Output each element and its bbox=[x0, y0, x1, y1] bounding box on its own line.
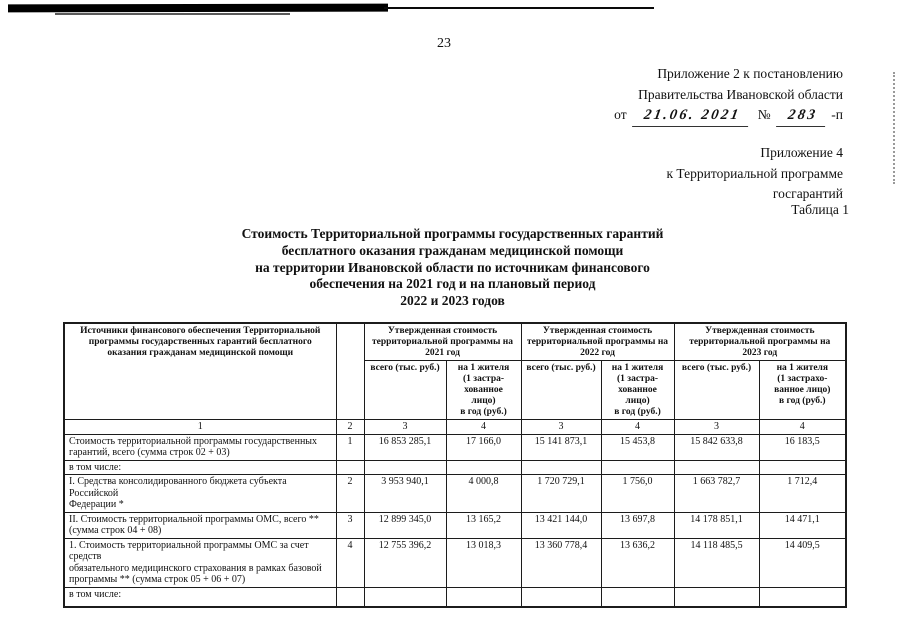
table-row: в том числе: bbox=[64, 587, 846, 607]
decree-date-number-line: от 21.06. 2021 № 283-п bbox=[614, 105, 843, 127]
col-num: 4 bbox=[601, 420, 674, 435]
table-row: 1. Стоимость территориальной программы О… bbox=[64, 538, 846, 587]
handwritten-date: 21.06. 2021 bbox=[632, 105, 752, 127]
appendix4-block: Приложение 4 к Территориальной программе… bbox=[667, 143, 844, 205]
appendix2-line1: Приложение 2 к постановлению bbox=[614, 64, 843, 85]
value-cell: 13 165,2 bbox=[446, 512, 521, 538]
col-num: 1 bbox=[64, 420, 336, 435]
scan-artifact-dotted-edge bbox=[893, 72, 895, 184]
row-label-cell: 1. Стоимость территориальной программы О… bbox=[64, 538, 336, 587]
row-number-cell: 3 bbox=[336, 512, 364, 538]
handwritten-number: 283 bbox=[776, 105, 829, 127]
empty-cell bbox=[674, 460, 759, 475]
value-cell: 14 118 485,5 bbox=[674, 538, 759, 587]
empty-cell bbox=[364, 460, 446, 475]
total-2021-header: всего (тыс. руб.) bbox=[364, 361, 446, 420]
year-2023-group-header: Утвержденная стоимость территориальной п… bbox=[674, 323, 846, 361]
year-2022-group-header: Утвержденная стоимость территориальной п… bbox=[521, 323, 674, 361]
row-label-cell: II. Стоимость территориальной программы … bbox=[64, 512, 336, 538]
value-cell: 15 141 873,1 bbox=[521, 434, 601, 460]
table-row: в том числе: bbox=[64, 460, 846, 475]
value-cell: 14 409,5 bbox=[759, 538, 846, 587]
row-label-cell: I. Средства консолидированного бюджета с… bbox=[64, 475, 336, 513]
per-capita-2021-header: на 1 жителя (1 застра- хованное лицо) в … bbox=[446, 361, 521, 420]
col-num: 4 bbox=[759, 420, 846, 435]
col-num: 2 bbox=[336, 420, 364, 435]
table-header-group-row: Источники финансового обеспечения Террит… bbox=[64, 323, 846, 361]
scan-artifact-top-line bbox=[384, 7, 654, 9]
per-capita-2022-header: на 1 жителя (1 застра- хованное лицо) в … bbox=[601, 361, 674, 420]
row-number-cell: 2 bbox=[336, 475, 364, 513]
value-cell: 13 636,2 bbox=[601, 538, 674, 587]
title-line1: Стоимость Территориальной программы госу… bbox=[0, 226, 905, 243]
empty-cell bbox=[674, 587, 759, 607]
appendix4-line1: Приложение 4 bbox=[667, 143, 844, 164]
title-line2: бесплатного оказания гражданам медицинск… bbox=[0, 243, 905, 260]
year-2021-group-header: Утвержденная стоимость территориальной п… bbox=[364, 323, 521, 361]
empty-cell bbox=[601, 460, 674, 475]
scan-artifact-top-band bbox=[8, 4, 388, 13]
empty-cell bbox=[601, 587, 674, 607]
col-num: 3 bbox=[364, 420, 446, 435]
empty-cell bbox=[759, 587, 846, 607]
value-cell: 13 697,8 bbox=[601, 512, 674, 538]
table-row: II. Стоимость территориальной программы … bbox=[64, 512, 846, 538]
value-cell: 15 453,8 bbox=[601, 434, 674, 460]
title-line5: 2022 и 2023 годов bbox=[0, 293, 905, 310]
row-label-cell: в том числе: bbox=[64, 460, 336, 475]
col-num: 3 bbox=[674, 420, 759, 435]
row-number-column-header bbox=[336, 323, 364, 420]
col-num: 3 bbox=[521, 420, 601, 435]
appendix2-block: Приложение 2 к постановлению Правительст… bbox=[614, 64, 843, 127]
value-cell: 13 360 778,4 bbox=[521, 538, 601, 587]
document-title: Стоимость Территориальной программы госу… bbox=[0, 226, 905, 310]
value-cell: 14 178 851,1 bbox=[674, 512, 759, 538]
empty-cell bbox=[521, 587, 601, 607]
row-label-cell: Стоимость территориальной программы госу… bbox=[64, 434, 336, 460]
scan-artifact-gray-line bbox=[55, 13, 290, 15]
date-prefix: от bbox=[614, 107, 626, 122]
appendix4-line2: к Территориальной программе bbox=[667, 164, 844, 185]
cost-table: Источники финансового обеспечения Террит… bbox=[63, 322, 847, 608]
column-numbering-row: 1 2 3 4 3 4 3 4 bbox=[64, 420, 846, 435]
title-line4: обеспечения на 2021 год и на плановый пе… bbox=[0, 276, 905, 293]
value-cell: 15 842 633,8 bbox=[674, 434, 759, 460]
table-row: I. Средства консолидированного бюджета с… bbox=[64, 475, 846, 513]
empty-cell bbox=[336, 460, 364, 475]
col-num: 4 bbox=[446, 420, 521, 435]
empty-cell bbox=[336, 587, 364, 607]
scanned-document-page: { "page": { "number": "23" }, "header_ri… bbox=[0, 0, 905, 640]
empty-cell bbox=[759, 460, 846, 475]
value-cell: 1 663 782,7 bbox=[674, 475, 759, 513]
empty-cell bbox=[446, 460, 521, 475]
empty-cell bbox=[364, 587, 446, 607]
row-number-cell: 1 bbox=[336, 434, 364, 460]
value-cell: 12 755 396,2 bbox=[364, 538, 446, 587]
value-cell: 3 953 940,1 bbox=[364, 475, 446, 513]
value-cell: 14 471,1 bbox=[759, 512, 846, 538]
page-number: 23 bbox=[424, 36, 464, 52]
value-cell: 13 018,3 bbox=[446, 538, 521, 587]
table-row: Стоимость территориальной программы госу… bbox=[64, 434, 846, 460]
value-cell: 16 853 285,1 bbox=[364, 434, 446, 460]
value-cell: 1 720 729,1 bbox=[521, 475, 601, 513]
row-label-cell: в том числе: bbox=[64, 587, 336, 607]
value-cell: 1 712,4 bbox=[759, 475, 846, 513]
total-2022-header: всего (тыс. руб.) bbox=[521, 361, 601, 420]
number-sign: № bbox=[758, 107, 771, 122]
row-number-cell: 4 bbox=[336, 538, 364, 587]
empty-cell bbox=[446, 587, 521, 607]
value-cell: 12 899 345,0 bbox=[364, 512, 446, 538]
number-suffix: -п bbox=[831, 107, 843, 122]
value-cell: 16 183,5 bbox=[759, 434, 846, 460]
sources-column-header: Источники финансового обеспечения Террит… bbox=[64, 323, 336, 420]
appendix2-line2: Правительства Ивановской области bbox=[614, 85, 843, 106]
value-cell: 4 000,8 bbox=[446, 475, 521, 513]
value-cell: 13 421 144,0 bbox=[521, 512, 601, 538]
empty-cell bbox=[521, 460, 601, 475]
table-label: Таблица 1 bbox=[791, 202, 849, 218]
value-cell: 17 166,0 bbox=[446, 434, 521, 460]
value-cell: 1 756,0 bbox=[601, 475, 674, 513]
total-2023-header: всего (тыс. руб.) bbox=[674, 361, 759, 420]
per-capita-2023-header: на 1 жителя (1 застрахо- ванное лицо) в … bbox=[759, 361, 846, 420]
title-line3: на территории Ивановской области по исто… bbox=[0, 260, 905, 277]
